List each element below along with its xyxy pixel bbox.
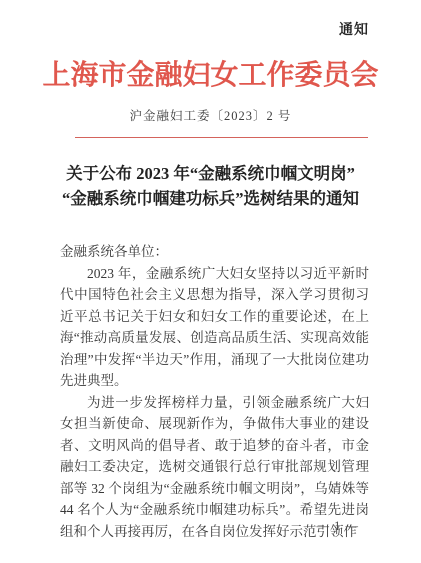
document-page: 通知 上海市金融妇女工作委员会 沪金融妇工委〔2023〕2 号 关于公布 202… xyxy=(0,0,421,563)
doc-title: 关于公布 2023 年“金融系统巾帼文明岗” “金融系统巾帼建功标兵”选树结果的… xyxy=(0,161,421,211)
page-number: — 1 — xyxy=(317,519,360,534)
document-body: 金融系统各单位： 2023 年，金融系统广大妇女坚持以习近平新时代中国特色社会主… xyxy=(60,241,369,542)
doc-title-line-2: “金融系统巾帼建功标兵”选树结果的通知 xyxy=(0,186,421,211)
paragraph-1: 2023 年，金融系统广大妇女坚持以习近平新时代中国特色社会主义思想为指导，深入… xyxy=(60,263,369,392)
doc-number: 沪金融妇工委〔2023〕2 号 xyxy=(0,106,421,124)
corner-label: 通知 xyxy=(339,19,369,39)
issuer-title: 上海市金融妇女工作委员会 xyxy=(0,0,421,93)
header-divider xyxy=(75,137,368,138)
salutation: 金融系统各单位： xyxy=(60,241,369,263)
doc-title-line-1: 关于公布 2023 年“金融系统巾帼文明岗” xyxy=(0,161,421,186)
